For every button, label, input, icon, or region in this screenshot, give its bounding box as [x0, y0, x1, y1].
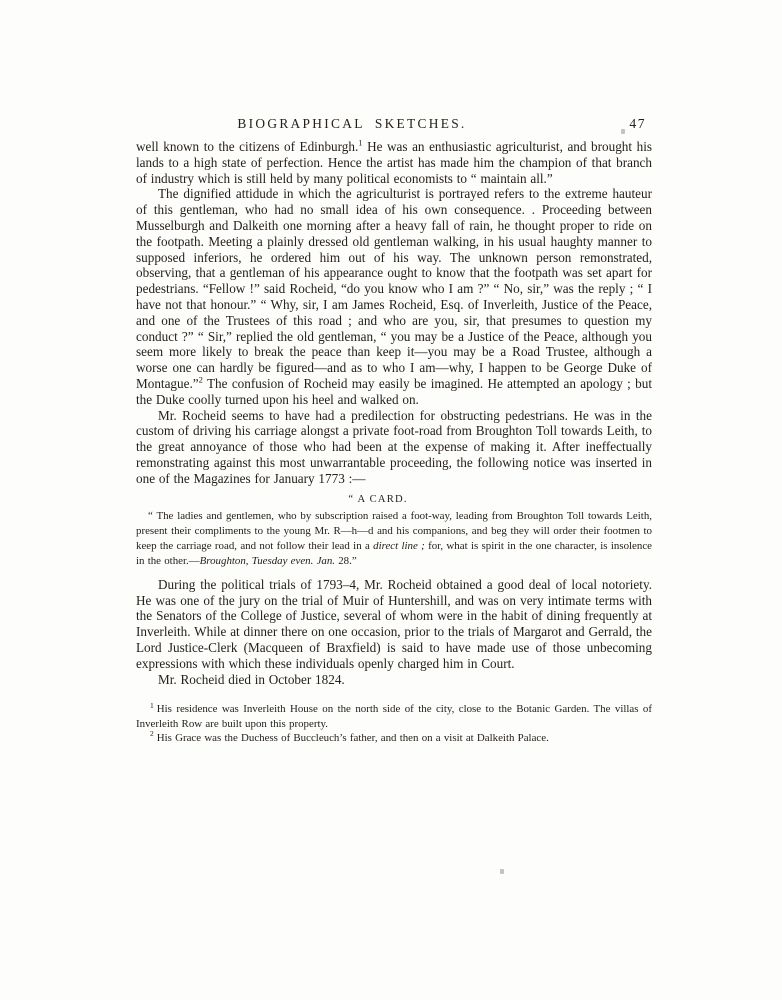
card-heading: “ A CARD. — [120, 494, 636, 505]
paragraph: The dignified attidude in which the agri… — [136, 186, 652, 407]
text-segment: 28.” — [335, 555, 357, 567]
page-title: BIOGRAPHICAL SKETCHES. — [94, 116, 610, 132]
running-header: BIOGRAPHICAL SKETCHES. 47 — [136, 116, 652, 134]
text-segment: The dignified attidude in which the agri… — [136, 186, 652, 391]
paragraph: Mr. Rocheid died in October 1824. — [136, 672, 652, 688]
main-text: well known to the citizens of Edinburgh.… — [136, 139, 652, 745]
closing-paragraphs: During the political trials of 1793–4, M… — [136, 577, 652, 688]
text-segment: Broughton, Tuesday even. Jan. — [200, 555, 335, 567]
footnote-text: His residence was Inverleith House on th… — [136, 703, 652, 729]
footnote: 2His Grace was the Duchess of Buccleuch’… — [136, 731, 652, 745]
text-segment: Mr. Rocheid died in October 1824. — [158, 672, 345, 687]
scanned-book-page: BIOGRAPHICAL SKETCHES. 47 well known to … — [0, 0, 782, 1000]
paragraph: During the political trials of 1793–4, M… — [136, 577, 652, 672]
scan-speck — [500, 869, 504, 874]
footnote: 1His residence was Inverleith House on t… — [136, 702, 652, 730]
text-segment: direct line ; — [373, 540, 425, 552]
paragraph: Mr. Rocheid seems to have had a predilec… — [136, 408, 652, 487]
footnote-marker: 2 — [150, 729, 157, 738]
paragraph: well known to the citizens of Edinburgh.… — [136, 139, 652, 186]
footnote-marker: 1 — [150, 701, 157, 710]
body-paragraphs: well known to the citizens of Edinburgh.… — [136, 139, 652, 487]
footnotes: 1His residence was Inverleith House on t… — [136, 702, 652, 745]
paragraph: “ The ladies and gentlemen, who by subsc… — [136, 509, 652, 570]
text-segment: The confusion of Rocheid may easily be i… — [136, 376, 652, 407]
text-segment: During the political trials of 1793–4, M… — [136, 577, 652, 671]
card-text: “ The ladies and gentlemen, who by subsc… — [136, 509, 652, 570]
text-segment: well known to the citizens of Edinburgh. — [136, 139, 358, 154]
footnote-text: His Grace was the Duchess of Buccleuch’s… — [157, 732, 549, 744]
scan-speck — [621, 129, 625, 134]
page-number: 47 — [629, 116, 646, 132]
magazine-card: “ A CARD. “ The ladies and gentlemen, wh… — [136, 494, 652, 570]
text-segment: Mr. Rocheid seems to have had a predilec… — [136, 408, 652, 486]
